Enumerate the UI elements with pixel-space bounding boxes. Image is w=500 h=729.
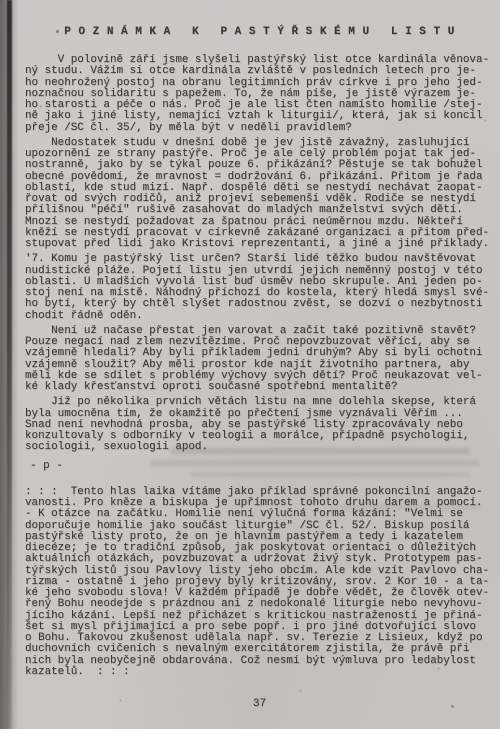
paragraph-3: '7. Komu je pastýřský list určen? Starší… xyxy=(25,254,500,322)
document-content: P O Z N Á M K A K P A S T Ý Ř S K É M U … xyxy=(0,0,500,710)
page-title: P O Z N Á M K A K P A S T Ý Ř S K É M U … xyxy=(0,26,500,38)
paragraph-2: Nedostatek studu v dnešní době je jev ji… xyxy=(25,138,500,251)
page-number: 37 xyxy=(0,698,500,710)
paragraph-4: Není už načase přestat jen varovat a zač… xyxy=(25,326,500,394)
scanned-page: P O Z N Á M K A K P A S T Ý Ř S K É M U … xyxy=(0,0,500,729)
paragraph-5: Již po několika prvních větách listu na … xyxy=(25,397,500,453)
section-separator: - p - xyxy=(30,461,500,472)
paragraph-6: : : : Tento hlas laika vítáme jako příkl… xyxy=(25,487,500,678)
document-body: V polovině září jsme slyšeli pastýřský l… xyxy=(0,55,500,678)
paragraph-1: V polovině září jsme slyšeli pastýřský l… xyxy=(25,55,500,134)
